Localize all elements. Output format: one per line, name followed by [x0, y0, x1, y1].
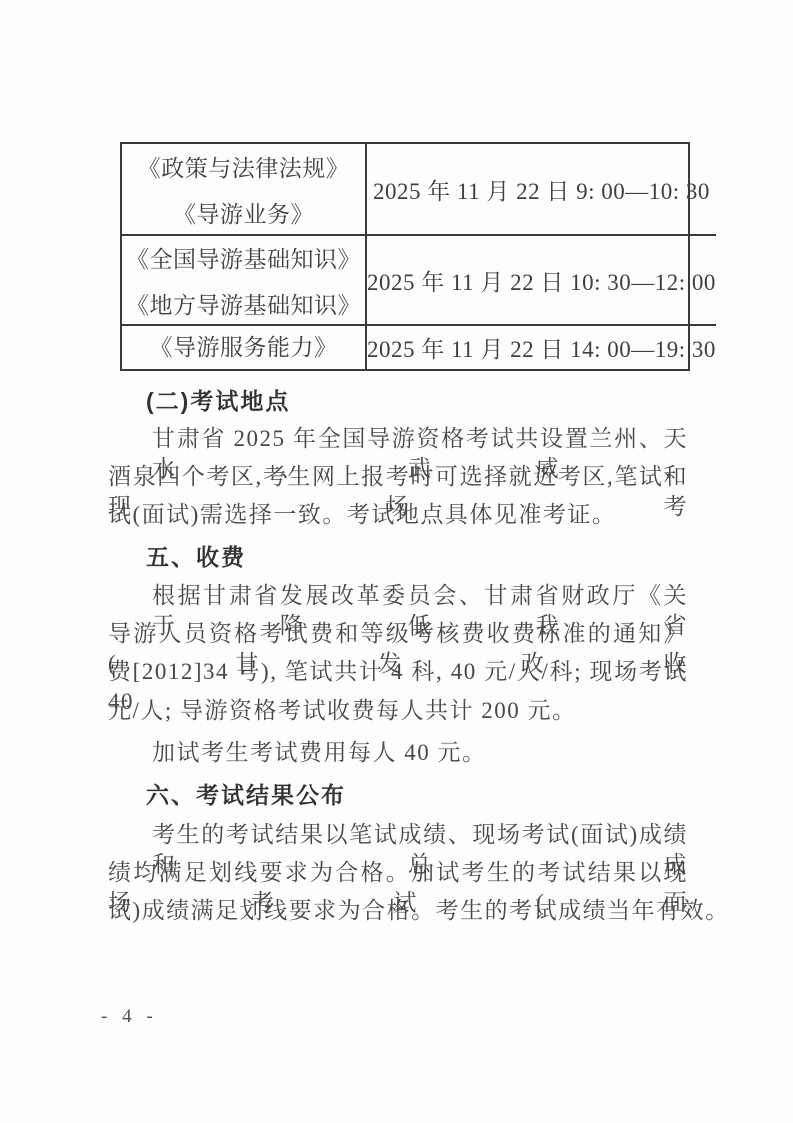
section-heading-results: 六、考试结果公布: [146, 780, 346, 810]
body-line: 加试考生考试费用每人 40 元。: [152, 738, 487, 768]
table-cell-time-row1: 2025 年 11 月 22 日 9: 00—10: 30: [367, 144, 716, 236]
subject-name: 《政策与法律法规》: [138, 157, 350, 181]
subject-name: 《导游业务》: [173, 203, 314, 227]
body-line: 试)成绩满足划线要求为合格。考生的考试成绩当年有效。: [108, 896, 730, 926]
document-page: 《政策与法律法规》 《导游业务》 2025 年 11 月 22 日 9: 00—…: [0, 0, 793, 1123]
table-cell-time-row3: 2025 年 11 月 22 日 14: 00—19: 30: [367, 326, 716, 369]
table-cell-subjects-row1: 《政策与法律法规》 《导游业务》: [122, 144, 367, 236]
page-number: - 4 -: [101, 1006, 158, 1028]
exam-schedule-table: 《政策与法律法规》 《导游业务》 2025 年 11 月 22 日 9: 00—…: [120, 142, 690, 371]
table-cell-time-row2: 2025 年 11 月 22 日 10: 30—12: 00: [367, 236, 716, 326]
subject-name: 《地方导游基础知识》: [126, 294, 361, 318]
section-heading-fees: 五、收费: [146, 542, 246, 572]
exam-time: 2025 年 11 月 22 日 14: 00—19: 30: [367, 331, 716, 364]
table-cell-subjects-row2: 《全国导游基础知识》 《地方导游基础知识》: [122, 236, 367, 326]
exam-time: 2025 年 11 月 22 日 10: 30—12: 00: [367, 264, 716, 297]
subject-name: 《导游服务能力》: [150, 336, 338, 360]
table-cell-subjects-row3: 《导游服务能力》: [122, 326, 367, 369]
section-heading-exam-location: (二)考试地点: [146, 386, 290, 416]
subject-name: 《全国导游基础知识》: [126, 248, 361, 272]
body-line: 试(面试)需选择一致。考试地点具体见准考证。: [108, 500, 616, 530]
exam-time: 2025 年 11 月 22 日 9: 00—10: 30: [373, 173, 710, 206]
body-line: 元/人; 导游资格考试收费每人共计 200 元。: [108, 696, 577, 726]
